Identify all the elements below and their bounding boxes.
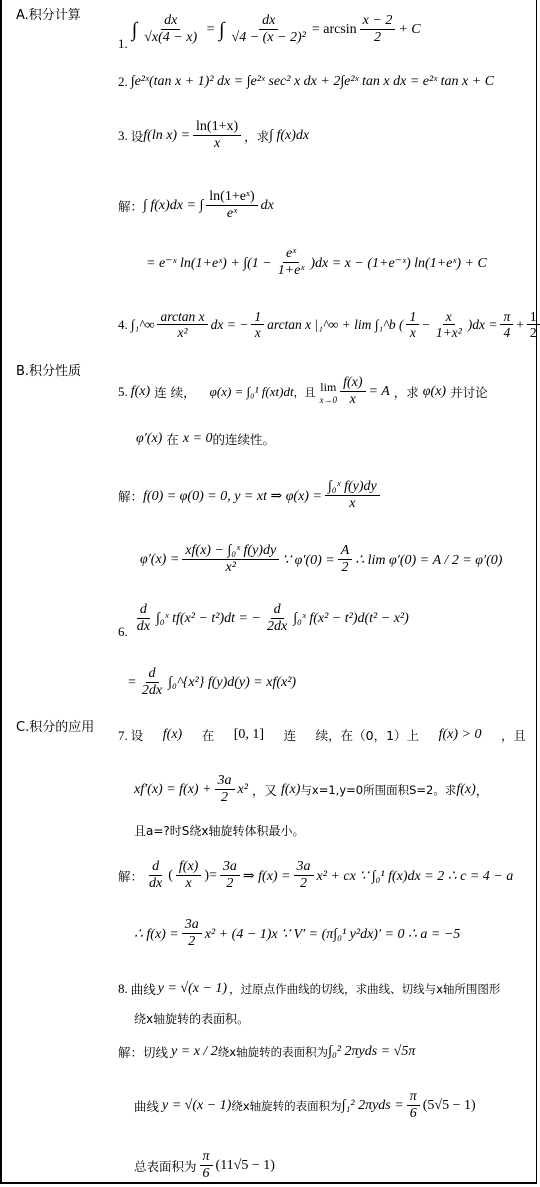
p8-solution-3: 总表面积为 π6 (11√5 − 1)	[134, 1146, 275, 1186]
p8-s2-expr: y = √(x − 1)	[162, 1098, 231, 1114]
integral-sign: ∫	[219, 19, 224, 42]
section-b-heading: B.积分性质	[16, 360, 81, 379]
p8-line-2: 绕x轴旋转的表面积。	[134, 1008, 249, 1028]
p4-frac-1: arctan xx²	[157, 309, 207, 342]
p7-s1-ffrac: f(x)x	[176, 859, 201, 893]
p5-eqA: = A	[369, 384, 390, 400]
p8-solution-1: 解： 切线 y = x / 2 绕x轴旋转的表面积为 ∫₀² 2πyds = √…	[118, 1040, 415, 1064]
problem-8: 8. 曲线 y = √(x − 1) ，过原点作曲线的切线，求曲线、切线与x轴所…	[118, 978, 500, 1000]
p4-frac-2: 1x	[251, 309, 264, 342]
p5-and: ，且	[294, 384, 316, 400]
p4-mid2: arctan x |₁^∞ + lim ∫₁^b (	[267, 317, 403, 333]
p4-mid: dx = −	[211, 317, 249, 333]
p3-frac: ln(1+x)x	[193, 119, 241, 153]
p7-w0: 7.设	[118, 726, 143, 744]
p5-sol1: f(0) = φ(0) = 0, y = xt ⇒ φ(x) =	[143, 488, 322, 505]
problem-4-number: 4.	[118, 317, 128, 333]
p5-lim: limx→0	[320, 380, 338, 405]
p7-line2-cn1: ，又	[252, 781, 277, 799]
p3-solution-2: = e⁻ˣ ln(1+eˣ) + ∫(1 − eˣ1+eˣ )dx = x − …	[146, 242, 487, 284]
p6-d2-frac: d2dx	[264, 602, 290, 636]
problem-4: 4. ∫₁^∞ arctan xx² dx = − 1x arctan x |₁…	[118, 304, 540, 346]
p4-plus: +	[516, 317, 524, 333]
p7-w4: 连	[284, 726, 297, 744]
p3-sol-post: dx	[261, 198, 274, 214]
p7-solution-1: 解： ddx ( f(x)x ) = 3a2 ⇒ f(x) = 3a2 x² +…	[118, 852, 513, 900]
problem-1: 1. ∫ dx√x(4 − x) = ∫ dx√4 − (x − 2)² = a…	[118, 8, 421, 52]
p5-sol1-frac: ∫₀ˣ f(y)dyx	[325, 479, 380, 513]
p7-line2-fx2: f(x)	[456, 782, 475, 798]
equals: =	[203, 22, 218, 38]
solution-label: 解：	[118, 197, 143, 215]
p7-s1-mid: ⇒ f(x) =	[243, 868, 291, 885]
p7-frac: 3a2	[215, 773, 235, 807]
section-c-heading: C.积分的应用	[16, 716, 94, 735]
p1-rhs-post: + C	[398, 22, 420, 38]
p8-s2-cn1: 曲线	[134, 1097, 159, 1115]
p8-line1-cn2: ，过原点作曲线的切线，求曲线、切线与x轴所围图形	[229, 981, 500, 997]
p8-line1-expr: y = √(x − 1)	[158, 981, 227, 997]
p3-sol2-pre: = e⁻ˣ ln(1+eˣ) + ∫(1 −	[146, 255, 272, 272]
p7-w5: 续，在（0，1）上	[316, 726, 419, 744]
p3-lhs: f(ln x) =	[143, 128, 190, 144]
problem-1-number: 1.	[118, 36, 128, 52]
p4-frac-3: 1x	[406, 309, 419, 342]
p8-s2-tail: (5√5 − 1)	[423, 1098, 476, 1114]
p7-s1-frac2: 3a2	[220, 859, 240, 893]
p4-mid3: )dx =	[468, 317, 498, 333]
p5-phi-def: φ(x) = ∫₀¹ f(xt)dt	[210, 384, 294, 400]
p5-sol2-tail: ∴ lim φ′(0) = A / 2 = φ′(0)	[355, 552, 502, 569]
p5-discuss: 并讨论	[450, 383, 488, 401]
p7-line2-end: ，	[476, 781, 489, 799]
p3-sol-lhs: ∫ f(x)dx = ∫	[143, 198, 203, 214]
p3-ask: ，求	[244, 127, 269, 145]
p8-s3-tail: (11√5 − 1)	[216, 1158, 275, 1174]
p7-s1-tail: x² + cx ∵ ∫₀¹ f(x)dx = 2 ∴ c = 4 − a	[317, 868, 514, 885]
p5-fx: f(x)	[131, 384, 150, 400]
p7-s2-pre: ∴ f(x) =	[134, 926, 179, 943]
p8-line1-cn1: 曲线	[131, 980, 156, 998]
p7-w1: f(x)	[163, 727, 182, 743]
p5-solution-2: φ′(x) = xf(x) − ∫₀ˣ f(y)dyx² ∵ φ′(0) = A…	[140, 536, 502, 584]
p8-s1-cn1: 切线	[143, 1043, 168, 1061]
p5-sol2-pre: φ′(x) =	[140, 552, 179, 568]
p7-w3: [0, 1]	[234, 727, 264, 743]
integral-sign: ∫	[132, 19, 137, 42]
p3-sol2-frac: eˣ1+eˣ	[275, 246, 308, 280]
problem-8-number: 8.	[118, 981, 128, 997]
p8-s1-cn2: 绕x轴旋转的表面积为	[218, 1044, 328, 1060]
p5-lim-frac: f(x)x	[340, 375, 365, 409]
p5-ask: ，求	[394, 383, 419, 401]
p7-s1-frac3: 3a2	[294, 859, 314, 893]
p5-sol2-mid: ∵ φ′(0) =	[282, 552, 335, 569]
p3-solution-1: 解： ∫ f(x)dx = ∫ ln(1+eˣ)eˣ dx	[118, 186, 274, 226]
p4-frac-4: x1+x²	[433, 309, 465, 342]
section-a-heading: A.积分计算	[16, 4, 81, 23]
document-frame	[0, 0, 537, 1184]
problem-6-number: 6.	[118, 624, 128, 640]
p5-sol2-frac: xf(x) − ∫₀ˣ f(y)dyx²	[182, 543, 279, 577]
p6-expr2: ∫₀ˣ f(x² − t²)d(t² − x²)	[293, 611, 409, 627]
p7-s2-frac: 3a2	[182, 917, 202, 951]
p2-expression: ∫e²ˣ(tan x + 1)² dx = ∫e²ˣ sec² x dx + 2…	[131, 74, 494, 90]
p7-line2-pre: xf′(x) = f(x) +	[134, 782, 212, 798]
p4-frac-6: 12	[527, 309, 540, 342]
p7-line2-cn2: 与x=1,y=0所围面积S=2。求	[300, 782, 456, 798]
p4-frac-5: π4	[500, 309, 513, 342]
p8-s2-int: ∫₁² 2πyds =	[342, 1098, 404, 1114]
p6-line2-expr: ∫₀^{x²} f(y)d(y) = xf(x²)	[168, 675, 296, 691]
solution-label: 解：	[118, 487, 143, 505]
problem-6: 6. ddx ∫₀ˣ tf(x² − t²)dt = − d2dx ∫₀ˣ f(…	[118, 598, 409, 640]
p4-integral: ∫₁^∞	[131, 317, 155, 333]
p6-expr1: ∫₀ˣ tf(x² − t²)dt = −	[156, 611, 261, 627]
p5-line2-at: 在	[166, 430, 179, 448]
p1-rhs-pre: = arcsin	[312, 22, 357, 38]
p1-frac-lhs: dx√x(4 − x)	[141, 13, 200, 47]
problem-3-number: 3.	[118, 128, 128, 144]
p7-s1-dfrac: ddx	[146, 859, 165, 893]
p7-w2: 在	[202, 726, 215, 744]
p7-line2-mid: x²	[238, 782, 248, 798]
p5-line2-phi: φ′(x)	[136, 431, 162, 447]
p7-s2-tail: x² + (4 − 1)x ∵ V′ = (π∫₀¹ y²dx)′ = 0 ∴ …	[205, 926, 461, 943]
p5-sol2-frac2: A2	[338, 543, 353, 577]
p7-line-3: 且a=?时S绕x轴旋转体积最小。	[134, 820, 305, 840]
p6-line2-pre: =	[128, 675, 136, 691]
p5-phi: φ(x)	[423, 384, 446, 400]
p8-s2-cn2: 绕x轴旋转的表面积为	[231, 1098, 341, 1114]
problem-5-number: 5.	[118, 384, 128, 400]
p7-w7: ，且	[501, 726, 526, 744]
p3-set-label: 设	[131, 127, 144, 145]
solution-label: 解：	[118, 867, 143, 885]
p8-s2-frac: π6	[407, 1089, 420, 1123]
problem-2-number: 2.	[118, 74, 128, 90]
p7-line-2: xf′(x) = f(x) + 3a2 x² ，又 f(x) 与x=1,y=0所…	[134, 768, 488, 812]
problem-5: 5. f(x) 连 续， φ(x) = ∫₀¹ f(xt)dt ，且 limx→…	[118, 372, 488, 412]
p7-s1-eq: =	[209, 868, 217, 884]
p8-s1-expr: y = x / 2	[171, 1044, 218, 1060]
p1-frac-mid: dx√4 − (x − 2)²	[229, 13, 309, 47]
p7-line2-fx: f(x)	[281, 782, 300, 798]
solution-label: 解：	[118, 1043, 143, 1061]
p6-line-2: = d2dx ∫₀^{x²} f(y)d(y) = xf(x²)	[128, 662, 296, 704]
p7-solution-2: ∴ f(x) = 3a2 x² + (4 − 1)x ∵ V′ = (π∫₀¹ …	[134, 912, 460, 956]
p4-minus: −	[422, 317, 430, 333]
p5-line-2: φ′(x) 在 x = 0 的连续性。	[136, 428, 275, 450]
p7-w6: f(x) > 0	[439, 727, 482, 743]
p5-cont: 连 续，	[154, 383, 195, 401]
problem-3: 3. 设 f(ln x) = ln(1+x)x ，求 ∫ f(x)dx	[118, 116, 309, 156]
p6-d3-frac: d2dx	[139, 666, 165, 700]
p8-solution-2: 曲线 y = √(x − 1) 绕x轴旋转的表面积为 ∫₁² 2πyds = π…	[134, 1084, 476, 1128]
p3-sol-frac: ln(1+eˣ)eˣ	[206, 189, 257, 223]
p5-solution-1: 解： f(0) = φ(0) = 0, y = xt ⇒ φ(x) = ∫₀ˣ …	[118, 472, 383, 520]
p6-d-frac: ddx	[134, 602, 153, 636]
p5-line2-tail: 的连续性。	[213, 430, 276, 448]
p8-s3-cn: 总表面积为	[134, 1157, 197, 1175]
problem-7: 7. 7.设 f(x) 在 [0, 1] 连 续，在（0，1）上 f(x) > …	[118, 724, 526, 746]
p1-frac-rhs: x − 22	[360, 13, 396, 47]
p3-sol2-post: )dx = x − (1+e⁻ˣ) ln(1+eˣ) + C	[310, 255, 486, 272]
problem-2: 2. ∫e²ˣ(tan x + 1)² dx = ∫e²ˣ sec² x dx …	[118, 70, 494, 94]
p8-s3-frac: π6	[200, 1149, 213, 1183]
p3-ask-expr: ∫ f(x)dx	[269, 128, 309, 144]
p5-line2-x0: x = 0	[183, 431, 213, 447]
p8-s1-int: ∫₀² 2πyds = √5π	[328, 1044, 415, 1060]
